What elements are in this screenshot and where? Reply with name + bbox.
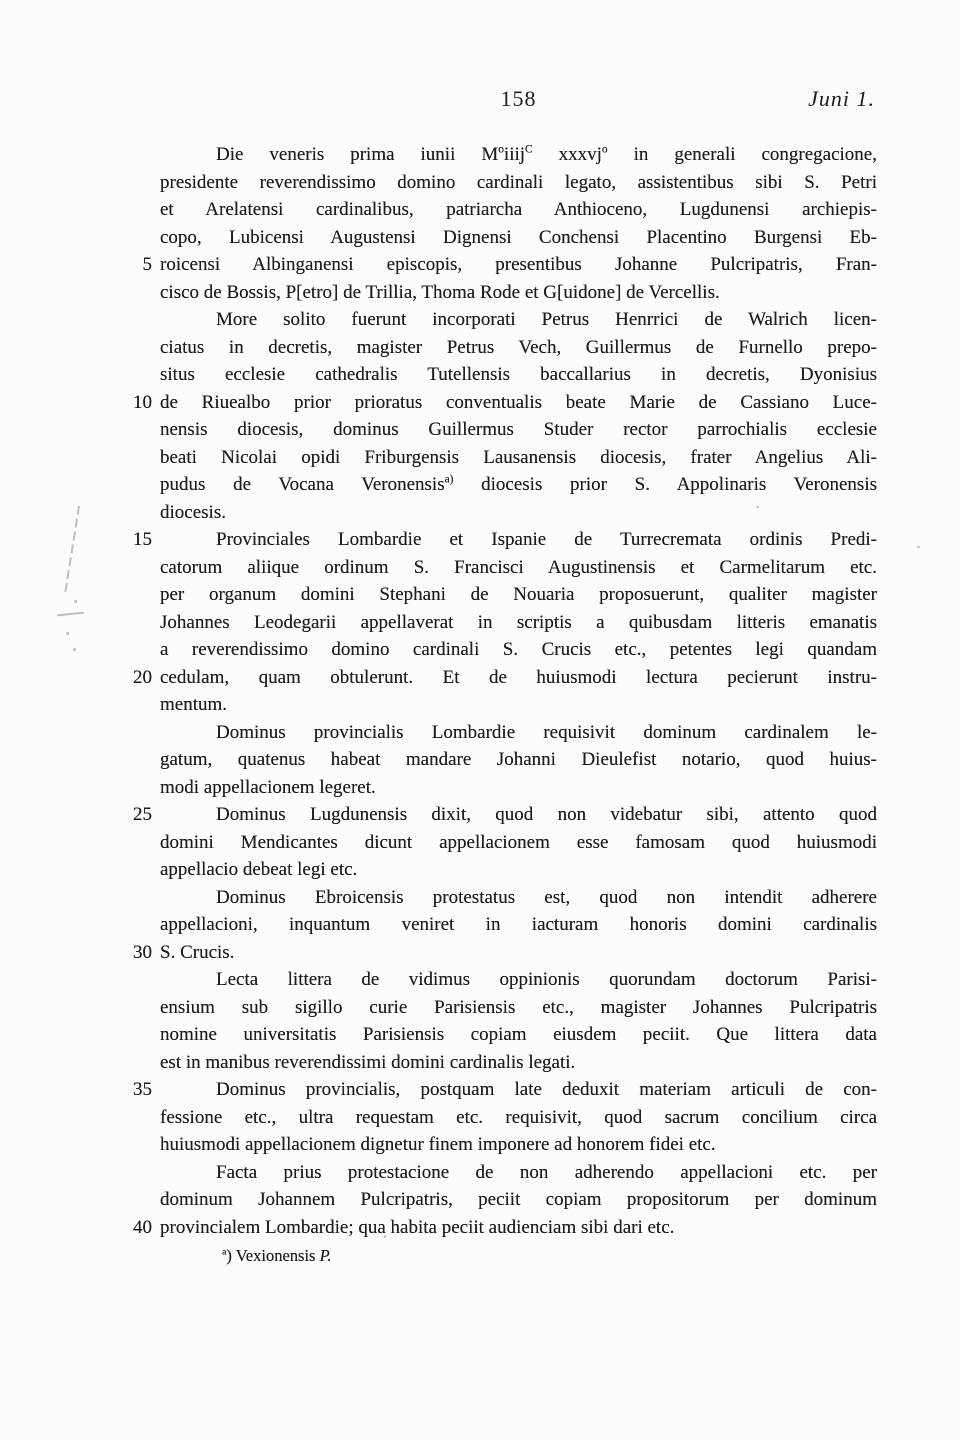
line-number: 10: [110, 389, 152, 417]
line-text: Provinciales Lombardie et Ispanie de Tur…: [160, 526, 877, 554]
text-line: appellacio debeat legi etc.: [160, 856, 877, 884]
text-line: catorum aliique ordinum S. Francisci Aug…: [160, 554, 877, 582]
line-text: Die veneris prima iunii MoiiijC xxxvjo i…: [160, 141, 877, 169]
line-text: nomine universitatis Parisiensis copiam …: [160, 1021, 877, 1049]
text-line: 30S. Crucis.: [160, 939, 877, 967]
text-line: fessione etc., ultra requestam etc. requ…: [160, 1104, 877, 1132]
text-line: Die veneris prima iunii MoiiijC xxxvjo i…: [160, 141, 877, 169]
text-line: Johannes Leodegarii appellaverat in scri…: [160, 609, 877, 637]
line-number: 40: [110, 1214, 152, 1242]
line-number: 5: [110, 251, 152, 279]
line-text: appellacioni, inquantum veniret in iactu…: [160, 911, 877, 939]
page-number: 158: [160, 86, 877, 112]
text-line: Lecta littera de vidimus oppinionis quor…: [160, 966, 877, 994]
line-text: diocesis.: [160, 499, 877, 527]
footnote: a) Vexionensis P.: [222, 1245, 822, 1267]
line-text: cedulam, quam obtulerunt. Et de huiusmod…: [160, 664, 877, 692]
line-text: Johannes Leodegarii appellaverat in scri…: [160, 609, 877, 637]
text-line: 25Dominus Lugdunensis dixit, quod non vi…: [160, 801, 877, 829]
text-line: 40provincialem Lombardie; qua habita pec…: [160, 1214, 877, 1242]
text-line: 10de Riuealbo prior prioratus conventual…: [160, 389, 877, 417]
line-text: huiusmodi appellacionem dignetur finem i…: [160, 1131, 877, 1159]
text-line: nensis diocesis, dominus Guillermus Stud…: [160, 416, 877, 444]
text-line: appellacioni, inquantum veniret in iactu…: [160, 911, 877, 939]
line-number: 35: [110, 1076, 152, 1104]
text-line: 20cedulam, quam obtulerunt. Et de huiusm…: [160, 664, 877, 692]
line-number: 20: [110, 664, 152, 692]
text-line: pudus de Vocana Veronensisa) diocesis pr…: [160, 471, 877, 499]
line-text: gatum, quatenus habeat mandare Johanni D…: [160, 746, 877, 774]
text-line: copo, Lubicensi Augustensi Dignensi Conc…: [160, 224, 877, 252]
text-line: dominum Johannem Pulcripatris, peciit co…: [160, 1186, 877, 1214]
line-text: de Riuealbo prior prioratus conventualis…: [160, 389, 877, 417]
document-page: 158 Juni 1. Die veneris prima iunii Moii…: [0, 0, 960, 1440]
running-head: Juni 1.: [808, 86, 875, 112]
line-text: mentum.: [160, 691, 877, 719]
line-number: 30: [110, 939, 152, 967]
line-text: More solito fuerunt incorporati Petrus H…: [160, 306, 877, 334]
line-text: dominum Johannem Pulcripatris, peciit co…: [160, 1186, 877, 1214]
text-line: et Arelatensi cardinalibus, patriarcha A…: [160, 196, 877, 224]
line-text: appellacio debeat legi etc.: [160, 856, 877, 884]
text-line: diocesis.: [160, 499, 877, 527]
line-text: ensium sub sigillo curie Parisiensis etc…: [160, 994, 877, 1022]
page-header: 158 Juni 1.: [160, 86, 877, 116]
line-text: Dominus Ebroicensis protestatus est, quo…: [160, 884, 877, 912]
line-text: beati Nicolai opidi Friburgensis Lausane…: [160, 444, 877, 472]
line-text: roicensi Albinganensi episcopis, present…: [160, 251, 877, 279]
text-line: Dominus provincialis Lombardie requisivi…: [160, 719, 877, 747]
line-text: est in manibus reverendissimi domini car…: [160, 1049, 877, 1077]
text-line: nomine universitatis Parisiensis copiam …: [160, 1021, 877, 1049]
line-text: catorum aliique ordinum S. Francisci Aug…: [160, 554, 877, 582]
line-text: Dominus provincialis Lombardie requisivi…: [160, 719, 877, 747]
scan-speck: [756, 506, 759, 508]
line-text: per organum domini Stephani de Nouaria p…: [160, 581, 877, 609]
pencil-dot: [66, 632, 69, 635]
footnote-text: a) Vexionensis P.: [222, 1246, 332, 1265]
line-text: domini Mendicantes dicunt appellacionem …: [160, 829, 877, 857]
line-text: ciatus in decretis, magister Petrus Vech…: [160, 334, 877, 362]
text-line: 35Dominus provincialis, postquam late de…: [160, 1076, 877, 1104]
text-line: presidente reverendissimo domino cardina…: [160, 169, 877, 197]
scan-speck: [384, 1235, 386, 1238]
text-line: 5roicensi Albinganensi episcopis, presen…: [160, 251, 877, 279]
line-number: 15: [110, 526, 152, 554]
text-line: situs ecclesie cathedralis Tutellensis b…: [160, 361, 877, 389]
scan-speck: [917, 546, 920, 548]
line-text: presidente reverendissimo domino cardina…: [160, 169, 877, 197]
line-text: Dominus Lugdunensis dixit, quod non vide…: [160, 801, 877, 829]
line-text: situs ecclesie cathedralis Tutellensis b…: [160, 361, 877, 389]
text-line: 15Provinciales Lombardie et Ispanie de T…: [160, 526, 877, 554]
text-line: domini Mendicantes dicunt appellacionem …: [160, 829, 877, 857]
line-text: pudus de Vocana Veronensisa) diocesis pr…: [160, 471, 877, 499]
line-text: et Arelatensi cardinalibus, patriarcha A…: [160, 196, 877, 224]
text-line: modi appellacionem legeret.: [160, 774, 877, 802]
pencil-mark-dash: [57, 612, 84, 617]
text-line: per organum domini Stephani de Nouaria p…: [160, 581, 877, 609]
line-text: fessione etc., ultra requestam etc. requ…: [160, 1104, 877, 1132]
text-line: huiusmodi appellacionem dignetur finem i…: [160, 1131, 877, 1159]
text-line: Dominus Ebroicensis protestatus est, quo…: [160, 884, 877, 912]
line-text: S. Crucis.: [160, 939, 877, 967]
text-line: ciatus in decretis, magister Petrus Vech…: [160, 334, 877, 362]
line-text: cisco de Bossis, P[etro] de Trillia, Tho…: [160, 279, 877, 307]
line-text: provincialem Lombardie; qua habita pecii…: [160, 1214, 877, 1242]
line-text: Lecta littera de vidimus oppinionis quor…: [160, 966, 877, 994]
text-line: ensium sub sigillo curie Parisiensis etc…: [160, 994, 877, 1022]
text-line: Facta prius protestacione de non adheren…: [160, 1159, 877, 1187]
line-number: 25: [110, 801, 152, 829]
text-line: est in manibus reverendissimi domini car…: [160, 1049, 877, 1077]
line-text: a reverendissimo domino cardinali S. Cru…: [160, 636, 877, 664]
text-line: More solito fuerunt incorporati Petrus H…: [160, 306, 877, 334]
line-text: copo, Lubicensi Augustensi Dignensi Conc…: [160, 224, 877, 252]
text-lines: Die veneris prima iunii MoiiijC xxxvjo i…: [160, 141, 877, 1241]
pencil-dot: [74, 600, 77, 603]
pencil-mark-slash: [64, 506, 79, 593]
text-line: beati Nicolai opidi Friburgensis Lausane…: [160, 444, 877, 472]
text-line: cisco de Bossis, P[etro] de Trillia, Tho…: [160, 279, 877, 307]
line-text: nensis diocesis, dominus Guillermus Stud…: [160, 416, 877, 444]
line-text: Facta prius protestacione de non adheren…: [160, 1159, 877, 1187]
text-line: a reverendissimo domino cardinali S. Cru…: [160, 636, 877, 664]
pencil-dot: [73, 648, 76, 651]
text-line: gatum, quatenus habeat mandare Johanni D…: [160, 746, 877, 774]
line-text: modi appellacionem legeret.: [160, 774, 877, 802]
text-line: mentum.: [160, 691, 877, 719]
line-text: Dominus provincialis, postquam late dedu…: [160, 1076, 877, 1104]
